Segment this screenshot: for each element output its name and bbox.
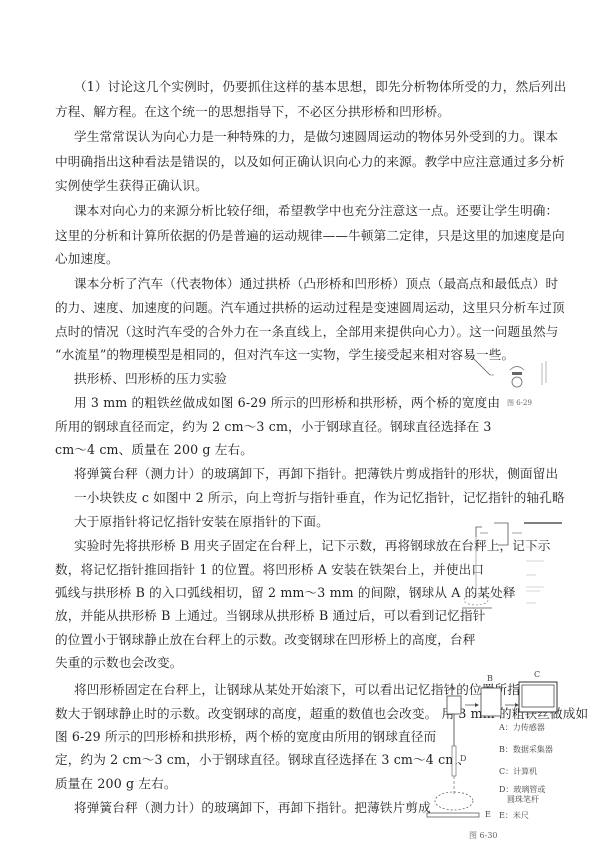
legend-item: A：力传感器 xyxy=(499,722,545,733)
legend-item: B：数据采集器 xyxy=(499,744,553,755)
text-line: 中明确指出这种看法是错误的，以及如何正确认识向心力的来源。教学中应注意通过多分析 xyxy=(55,154,565,169)
text-line: 弧线与拱形桥 B 的入口弧线相切，留 2 mm～3 mm 的间隙，钢球从 A 的… xyxy=(55,585,516,600)
text-line: 数，将记忆指针推回指针 1 的位置。将凹形桥 A 安装在铁架台上，并使出口 xyxy=(55,562,484,577)
text-line: 点时的情况（这时汽车受的合外力在一条直线上，全部用来提供向心力）。这一问题虽然与 xyxy=(55,324,558,339)
text-line: 课本分析了汽车（代表物体）通过拱桥（凸形桥和凹形桥）顶点（最高点和最低点）时 xyxy=(74,276,558,291)
text-line: 的位置小于钢球静止放在台秤上的示数。改变钢球在凹形桥上的高度，台秤 xyxy=(55,632,476,647)
figure-caption: 图 6-30 xyxy=(469,830,498,841)
text-line: cm～4 cm、质量在 200 g 左右。 xyxy=(55,442,253,457)
label-b: B xyxy=(487,674,493,683)
text-line: 所用的钢球直径而定，约为 2 cm～3 cm，小于钢球直径。钢球直径选择在 3 xyxy=(55,419,492,434)
text-line: 失重的示数也会改变。 xyxy=(55,655,182,670)
figure-caption: 图 6-29 xyxy=(507,398,532,408)
label-c: C xyxy=(534,670,540,679)
text-line: （1）讨论这几个实例时，仍要抓住这样的基本思想，即先分析物体所受的力，然后列出 xyxy=(74,79,566,94)
text-line: 的力、速度、加速度的问题。汽车通过拱桥的运动过程是变速圆周运动，这里只分析车过顶 xyxy=(55,300,565,315)
text-line: 心加速度。 xyxy=(55,251,119,266)
legend-item: E：米尺 xyxy=(499,810,529,821)
text-line: 定，约为 2 cm～3 cm，小于钢球直径。钢球直径选择在 3 cm～4 cm、 xyxy=(55,752,470,767)
text-line: 放，并能从拱形桥 B 上通过。当钢球从拱形桥 B 通过后，可以看到记忆指针 xyxy=(55,608,485,623)
text-line: 课本对向心力的来源分析比较仔细，希望教学中也充分注意这一点。还要让学生明确： xyxy=(74,203,558,218)
text-line: 学生常常误认为向心力是一种特殊的力，是做匀速圆周运动的物体另外受到的力。课本 xyxy=(74,129,558,144)
text-line: 这里的分析和计算所依据的仍是普遍的运动规律——牛顿第二定律，只是这里的加速度是向 xyxy=(55,228,565,243)
section-heading: 拱形桥、凹形桥的压力实验 xyxy=(74,371,227,386)
label-a: A xyxy=(449,683,455,692)
text-line: 用 3 mm 的粗铁丝做成如图 6-29 所示的凹形桥和拱形桥，两个桥的宽度由 xyxy=(74,395,500,410)
text-line: 质量在 200 g 左右。 xyxy=(55,776,177,791)
text-line: 大于原指针将记忆指针安装在原指针的下面。 xyxy=(74,514,329,529)
legend-item: C：计算机 xyxy=(499,766,537,777)
text-line: 图 6-29 所示的凹形桥和拱形桥，两个桥的宽度由所用的钢球直径而 xyxy=(55,729,436,744)
figure-6-29: 图 6-29 xyxy=(470,355,580,415)
legend-item: 圆珠笔杆 xyxy=(507,794,539,805)
text-line: “水流星”的物理模型是相同的，但对汽车这一实物，学生接受起来相对容易一些。 xyxy=(55,347,514,362)
label-d: D xyxy=(460,754,466,763)
text-line: 将弹簧台秤（测力计）的玻璃卸下，再卸下指针。把薄铁片剪成指针的形状，侧面留出 xyxy=(74,466,558,481)
figure-apparatus xyxy=(462,515,580,615)
text-line: 实例使学生获得正确认识。 xyxy=(55,178,208,193)
figure-6-30: A B C D E A：力传感器 B：数据采集器 C：计算机 D：玻璃管或 圆珠… xyxy=(425,668,580,841)
text-line: 方程、解方程。在这个统一的思想指导下，不必区分拱形桥和凹形桥。 xyxy=(55,104,450,119)
text-line: 将弹簧台秤（测力计）的玻璃卸下，再卸下指针。把薄铁片剪成 xyxy=(74,800,431,815)
text-line: 一小块铁皮 c 如图中 2 所示，向上弯折与指针垂直，作为记忆指针，记忆指针的轴… xyxy=(74,490,565,505)
label-e: E xyxy=(485,810,491,819)
